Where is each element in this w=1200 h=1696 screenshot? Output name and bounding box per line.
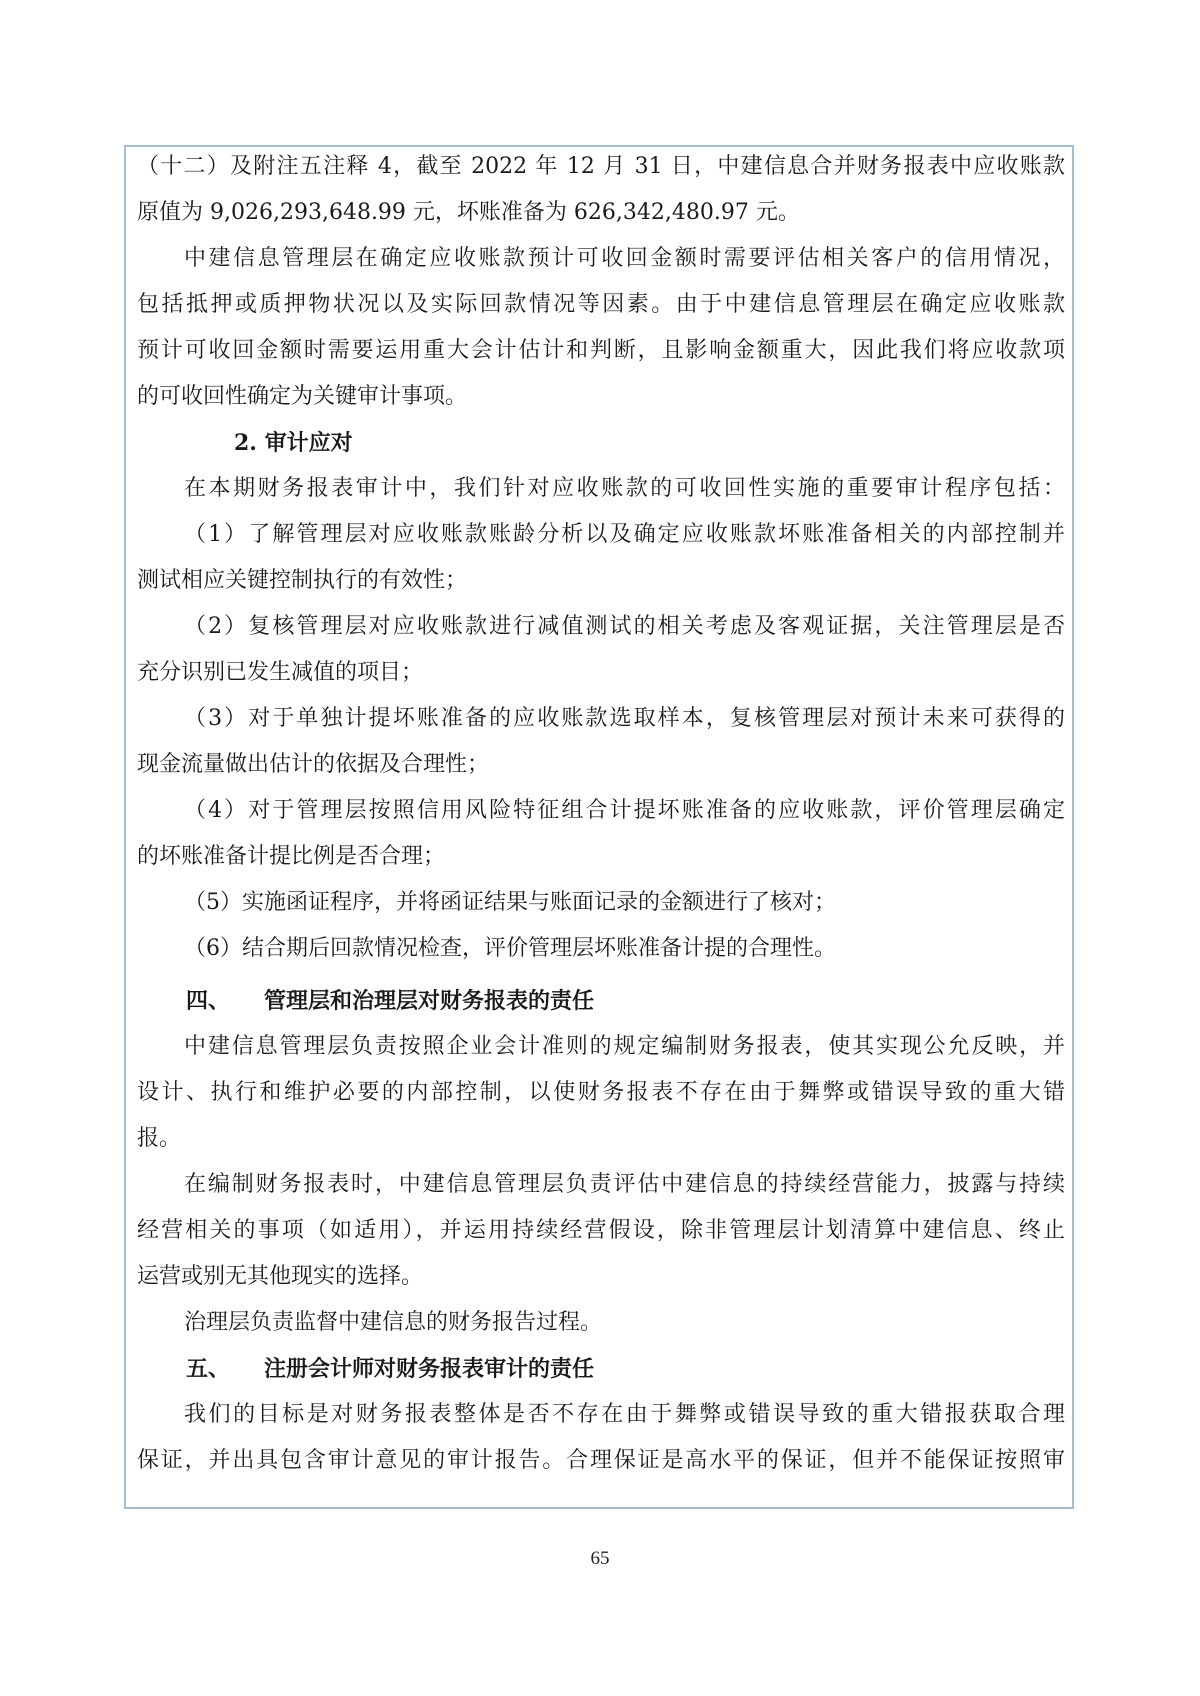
list-item-line: 测试相应关键控制执行的有效性； [137,558,1065,604]
list-item-line: （5）实施函证程序，并将函证结果与账面记录的金额进行了核对； [184,880,1065,926]
paragraph-line: 经营相关的事项（如适用），并运用持续经营假设，除非管理层计划清算中建信息、终止 [137,1208,1065,1254]
section-heading: 管理层和治理层对财务报表的责任 [264,978,594,1024]
paragraph-line: （十二）及附注五注释 4，截至 2022 年 12 月 31 日，中建信息合并财… [137,144,1065,190]
list-item-line: 现金流量做出估计的依据及合理性； [137,742,1065,788]
paragraph-line: 原值为 9,026,293,648.99 元，坏账准备为 626,342,480… [137,190,1065,236]
list-item-line: 的坏账准备计提比例是否合理； [137,834,1065,880]
list-item-line: （2）复核管理层对应收账款进行减值测试的相关考虑及客观证据，关注管理层是否 [184,604,1065,650]
paragraph-line: 在本期财务报表审计中，我们针对应收账款的可收回性实施的重要审计程序包括： [184,466,1065,512]
list-item-line: （4）对于管理层按照信用风险特征组合计提坏账准备的应收账款，评价管理层确定 [184,788,1065,834]
paragraph-line: 的可收回性确定为关键审计事项。 [137,374,1065,420]
list-item-line: 充分识别已发生减值的项目； [137,650,1065,696]
paragraph-line: 治理层负责监督中建信息的财务报告过程。 [184,1300,1065,1346]
section-number: 四、 [186,978,230,1024]
paragraph-line: 设计、执行和维护必要的内部控制，以使财务报表不存在由于舞弊或错误导致的重大错 [137,1070,1065,1116]
paragraph-line: 报。 [137,1116,1065,1162]
section-number: 五、 [186,1346,230,1392]
section-heading: 注册会计师对财务报表审计的责任 [264,1346,594,1392]
paragraph-line: 预计可收回金额时需要运用重大会计估计和判断，且影响金额重大，因此我们将应收款项 [137,328,1065,374]
list-item-line: （1）了解管理层对应收账款账龄分析以及确定应收账款坏账准备相关的内部控制并 [184,512,1065,558]
page-number: 65 [0,1548,1200,1570]
paragraph-line: 包括抵押或质押物状况以及实际回款情况等因素。由于中建信息管理层在确定应收账款 [137,282,1065,328]
paragraph-line: 运营或别无其他现实的选择。 [137,1254,1065,1300]
paragraph-line: 保证，并出具包含审计意见的审计报告。合理保证是高水平的保证，但并不能保证按照审 [137,1438,1065,1484]
paragraph-line: 在编制财务报表时，中建信息管理层负责评估中建信息的持续经营能力，披露与持续 [184,1162,1065,1208]
paragraph-line: 中建信息管理层负责按照企业会计准则的规定编制财务报表，使其实现公允反映，并 [184,1024,1065,1070]
paragraph-line: 中建信息管理层在确定应收账款预计可收回金额时需要评估相关客户的信用情况， [184,236,1065,282]
list-item-line: （3）对于单独计提坏账准备的应收账款选取样本，复核管理层对预计未来可获得的 [184,696,1065,742]
paragraph-line: 我们的目标是对财务报表整体是否不存在由于舞弊或错误导致的重大错报获取合理 [184,1392,1065,1438]
subsection-heading: 2. 审计应对 [234,420,1162,466]
list-item-line: （6）结合期后回款情况检查，评价管理层坏账准备计提的合理性。 [184,926,1065,972]
